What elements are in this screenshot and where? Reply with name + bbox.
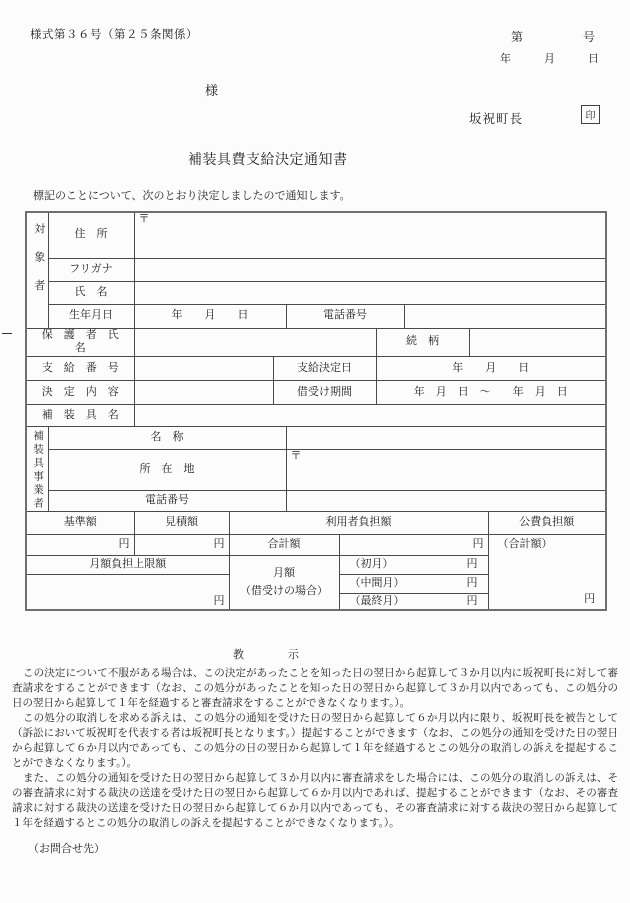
rental-period-label: 借受け期間: [273, 381, 376, 405]
monthly-amount-label-cell: 月額 （借受けの場合）: [229, 555, 339, 610]
rental-period-value-cell: 年 月 日 ～ 年 月 日: [376, 381, 606, 405]
device-name-label: 補 装 具 名: [26, 405, 134, 427]
kyoji-paragraph-2: この処分の取消しを求める訴えは、この処分の通知を受けた日の翌日から起算して６か月…: [12, 711, 618, 771]
furigana-value-cell: [134, 258, 606, 281]
middle-month-label: （中間月）: [350, 577, 405, 591]
total-amount-label: 合計額: [229, 534, 339, 555]
first-month-cell: （初月） 円: [339, 555, 488, 574]
vendor-address-value-cell: 〒: [286, 449, 606, 490]
public-burden-value-cell: （合計額） 円: [488, 534, 606, 610]
decision-date-label: 支給決定日: [273, 357, 376, 381]
name-value-cell: [134, 281, 606, 304]
fold-mark: [2, 333, 12, 334]
seal-box: 印: [581, 105, 600, 124]
monthly-amount-label: 月額: [234, 564, 335, 583]
decision-content-label: 決 定 内 容: [26, 381, 134, 405]
birthdate-label: 生年月日: [48, 304, 134, 328]
document-title: 補装具費支給決定通知書: [188, 149, 348, 169]
issuer-name: 坂祝町長: [469, 109, 523, 127]
kyoji-heading: 教 示: [233, 648, 618, 663]
first-month-label: （初月）: [350, 558, 394, 572]
form-number: 様式第３６号（第２５条関係）: [30, 26, 198, 42]
relation-value-cell: [469, 328, 606, 357]
grant-number-label: 支 給 番 号: [26, 357, 134, 381]
total-amount-value-cell: 円: [339, 534, 488, 555]
contact-label: （お問合せ先）: [28, 842, 618, 857]
middle-month-cell: （中間月） 円: [339, 574, 488, 593]
vendor-phone-label: 電話番号: [48, 490, 286, 511]
kyoji-paragraph-1: この決定について不服がある場合は、この決定があったことを知った日の翌日から起算し…: [12, 666, 618, 711]
kyoji-section: 教 示 この決定について不服がある場合は、この決定があったことを知った日の翌日か…: [12, 648, 618, 857]
vendor-name-label: 名 称: [48, 427, 286, 450]
postal-mark: 〒: [291, 450, 302, 462]
recipient-honorific: 様: [205, 80, 218, 99]
decision-content-value-cell: [134, 381, 273, 405]
address-value-cell: 〒: [134, 212, 606, 258]
vendor-group-cell: 補装具事業者: [26, 427, 48, 512]
monthly-cap-value-cell: 円: [26, 574, 229, 610]
document-page: 様式第３６号（第２５条関係） 第 号 年 月 日 様 坂祝町長 印 補装具費支給…: [0, 0, 630, 903]
phone-value-cell: [404, 304, 606, 328]
decision-date-value-cell: 年 月 日: [376, 357, 606, 381]
name-label: 氏 名: [48, 281, 134, 304]
monthly-cap-label: 月額負担上限額: [26, 555, 229, 574]
standard-amount-value-cell: 円: [26, 534, 134, 555]
standard-amount-header: 基準額: [26, 511, 134, 534]
final-month-cell: （最終月） 円: [339, 593, 488, 610]
public-burden-header: 公費負担額: [488, 511, 606, 534]
public-burden-yen: 円: [493, 593, 602, 609]
guardian-name-value-cell: [134, 328, 376, 357]
subject-group-cell: 対象者: [26, 212, 48, 328]
subject-group-label: 対象者: [31, 223, 45, 307]
final-month-label: （最終月）: [350, 595, 405, 609]
public-total-label: （合計額）: [493, 535, 602, 555]
issue-date-line: 年 月 日: [500, 50, 599, 66]
first-month-yen: 円: [467, 558, 478, 572]
seal-character: 印: [586, 107, 596, 122]
relation-label: 続 柄: [376, 328, 469, 357]
final-month-yen: 円: [467, 595, 478, 609]
intro-text: 標記のことについて、次のとおり決定しましたので通知します。: [33, 187, 351, 203]
vendor-address-label: 所 在 地: [48, 449, 286, 490]
furigana-label: フリガナ: [48, 258, 134, 281]
middle-month-yen: 円: [467, 577, 478, 591]
monthly-amount-note: （借受けの場合）: [234, 582, 335, 601]
phone-label: 電話番号: [286, 304, 404, 328]
device-name-value-cell: [134, 405, 606, 427]
grant-number-value-cell: [134, 357, 273, 381]
vendor-phone-value-cell: [286, 490, 606, 511]
document-number-line: 第 号: [511, 28, 595, 45]
guardian-name-label: 保 護 者 氏 名: [26, 328, 134, 357]
user-burden-header: 利用者負担額: [229, 511, 488, 534]
postal-mark: 〒: [139, 213, 150, 225]
estimate-amount-value-cell: 円: [134, 534, 229, 555]
kyoji-paragraph-3: また、この処分の通知を受けた日の翌日から起算して３か月以内に審査請求をした場合に…: [12, 771, 618, 831]
vendor-group-label: 補装具事業者: [31, 430, 44, 511]
address-label: 住 所: [48, 212, 134, 258]
notification-form-table: 対象者 住 所 〒 フリガナ 氏 名 生年月日 年 月 日 電話番号 保 護 者…: [25, 211, 607, 611]
vendor-name-value-cell: [286, 427, 606, 450]
estimate-amount-header: 見積額: [134, 511, 229, 534]
birthdate-value-cell: 年 月 日: [134, 304, 286, 328]
